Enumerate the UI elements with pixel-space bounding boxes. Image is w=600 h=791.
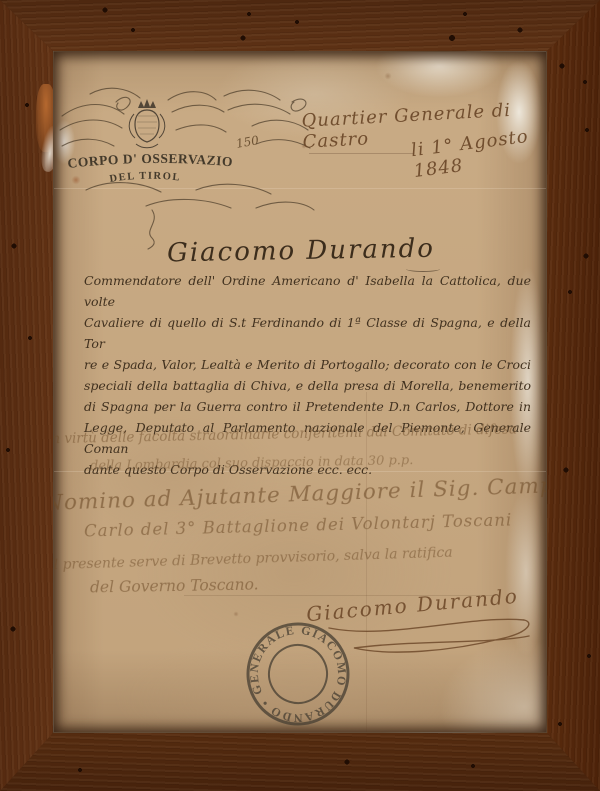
flourish-icon [60,88,314,249]
credential-line: re e Spada, Valor, Lealtà e Merito di Po… [84,354,531,375]
credentials-paragraph: Commendatore dell' Ordine Americano d' I… [84,270,531,480]
framed-document-photo: CORPO D' OSSERVAZIONE DEL TIROLO 150 Qua… [0,0,600,791]
manuscript-line: Carlo del 3° Battaglione dei Volontarj T… [84,510,513,540]
manuscript-line: del Governo Toscano. [90,576,259,597]
letterhead: CORPO D' OSSERVAZIONE DEL TIROLO [56,78,318,250]
credential-line: di Spagna per la Guerra contro il Preten… [84,396,531,417]
ruled-guide-line [309,153,414,154]
manuscript-line: Il presente serve di Brevetto provvisori… [53,545,453,574]
document-paper: CORPO D' OSSERVAZIONE DEL TIROLO 150 Qua… [53,51,547,733]
credential-line: Commendatore dell' Ordine Americano d' I… [84,270,531,312]
credential-line: speciali della battaglia di Chiva, e del… [84,375,531,396]
credential-line: Cavaliere di quello di S.t Ferdinando di… [84,312,531,354]
coat-of-arms-icon [129,99,165,148]
letterhead-corps-line: CORPO D' OSSERVAZIONE [56,78,234,171]
